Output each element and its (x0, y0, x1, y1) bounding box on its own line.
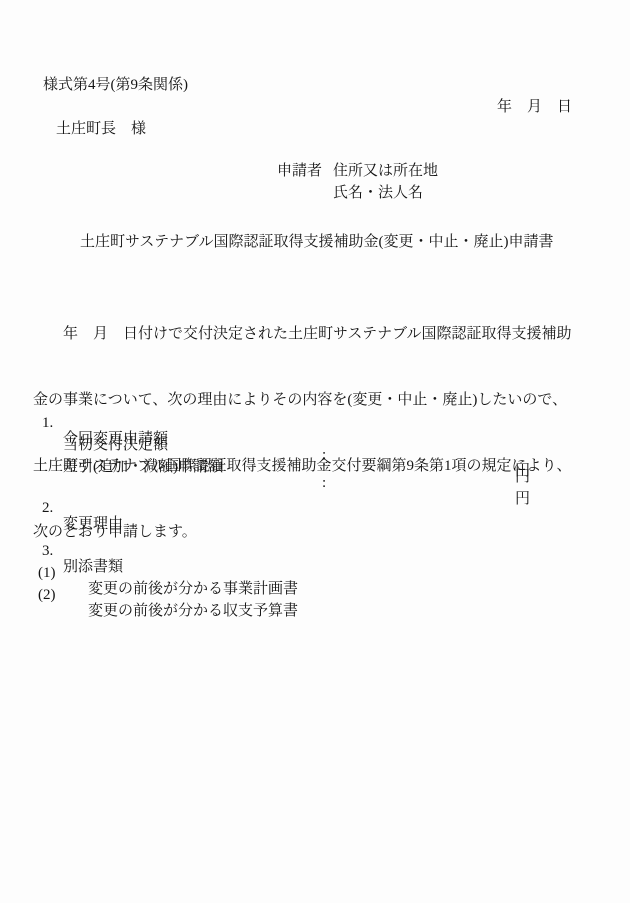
attachment-item-budget: (2) 変更の前後が分かる収支予算書 (0, 571, 630, 588)
amount-row-current-request: 1. 今回変更申請額 : 円 (0, 399, 630, 416)
amount-label: 差引(追加・減額)申請額 (63, 459, 223, 475)
applicant-label: 申請者 (277, 163, 322, 179)
applicant-address-label: 住所又は所在地 (333, 163, 438, 179)
section-change-reason: 2. 変更理由 (0, 484, 630, 501)
attachment-text: 変更の前後が分かる収支予算書 (88, 603, 298, 619)
section2-number: 2. (42, 500, 53, 516)
amount-row-initial-grant: 当初交付決定額 : 円 (0, 421, 630, 438)
amount-row-difference: 差引(追加・減額)申請額 : 円 (0, 443, 630, 460)
date-line: 年 月 日 (497, 99, 572, 115)
section-attachments: 3. 別添書類 (0, 527, 630, 544)
document-title: 土庄町サステナブル国際認証取得支援補助金(変更・中止・廃止)申請書 (80, 234, 554, 250)
document-page: 様式第4号(第9条関係) 年 月 日 土庄町長 様 申請者 住所又は所在地 氏名… (0, 0, 630, 903)
form-number: 様式第4号(第9条関係) (43, 77, 188, 93)
yen-unit: 円 (515, 469, 530, 485)
addressee: 土庄町長 様 (56, 121, 146, 137)
attachment-marker: (2) (38, 587, 56, 603)
attachment-item-business-plan: (1) 変更の前後が分かる事業計画書 (0, 549, 630, 566)
body-line-1: 年 月 日付けで交付決定された土庄町サステナブル国際認証取得支援補助 (33, 323, 572, 345)
applicant-name-label: 氏名・法人名 (333, 185, 423, 201)
